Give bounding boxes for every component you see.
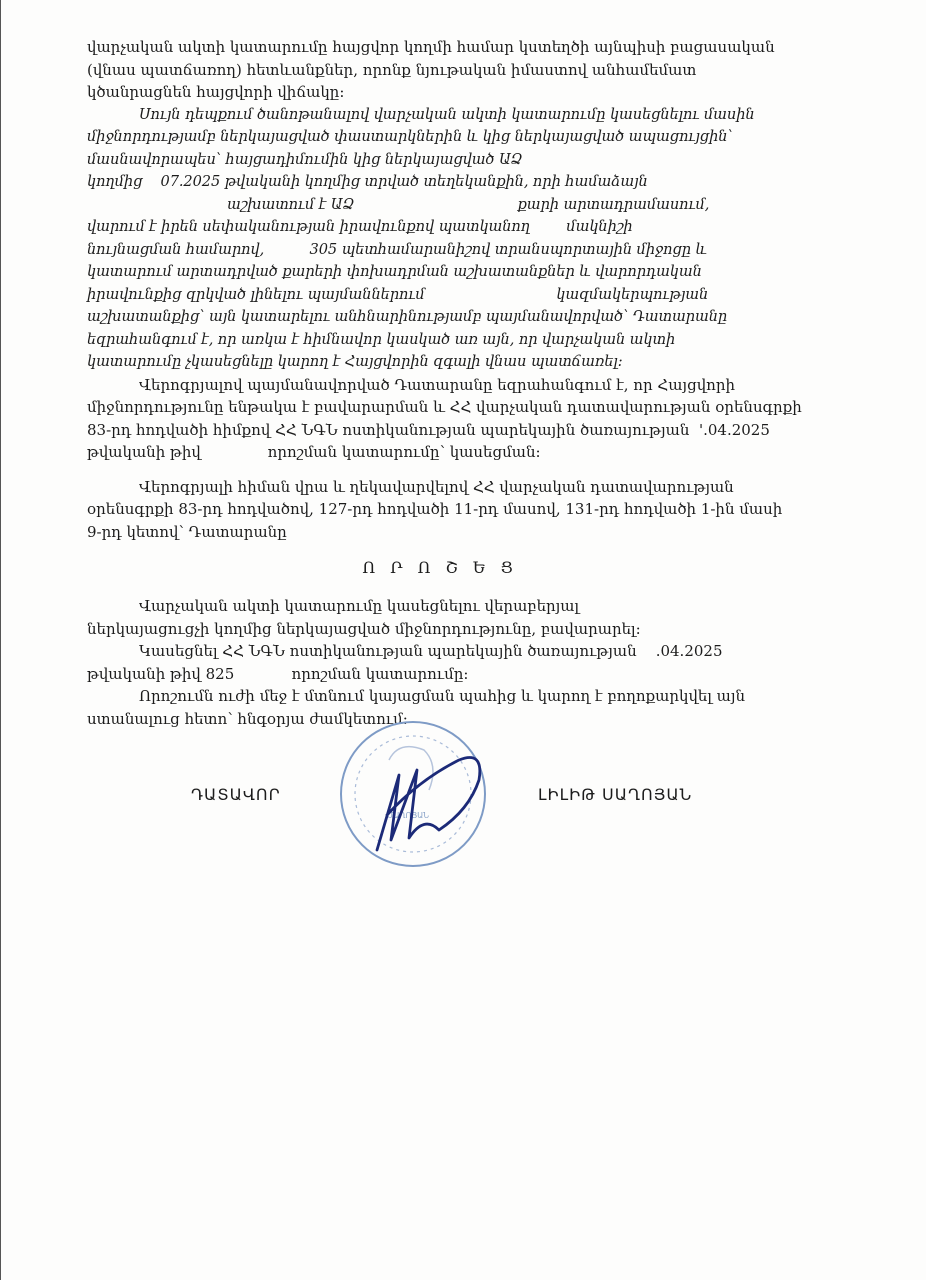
document-page: վարչական ակտի կատարումը հայցվոր կողմի հա… — [87, 36, 793, 730]
text-line: կատարում արտադրված քարերի փոխադրման աշխա… — [87, 261, 793, 284]
paragraph-court-reasoning: Սույն դեպքում ծանոթանալով վարչական ակտի … — [87, 104, 793, 374]
text-line: Վերոգրյալով պայմանավորված Դատարանը եզրահ… — [87, 374, 793, 397]
paragraph-conclusion: Վերոգրյալով պայմանավորված Դատարանը եզրահ… — [87, 374, 793, 464]
text-line: թվականի թիվ որոշման կատարումը՝ կասեցման: — [87, 441, 793, 464]
text-line: 83-րդ հոդվածի հիմքով ՀՀ ՆԳՆ ոստիկանությա… — [87, 419, 793, 442]
text-line: Վերոգրյալի հիման վրա և ղեկավարվելով ՀՀ վ… — [87, 476, 793, 499]
paragraph-consequences: վարչական ակտի կատարումը հայցվոր կողմի հա… — [87, 36, 793, 104]
text-line: աշխատանքից՝ այն կատարելու անհնարինությամ… — [87, 306, 793, 329]
text-line: 9-րդ կետով՝ Դատարանը — [87, 521, 793, 544]
decision-section: Վարչական ակտի կատարումը կասեցնելու վերաբ… — [87, 595, 793, 730]
text-line: աշխատում է ԱՁ քարի արտադրամասում, — [87, 194, 793, 217]
text-line: վարչական ակտի կատարումը հայցվոր կողմի հա… — [87, 36, 793, 59]
text-line: ներկայացուցչի կողմից ներկայացված միջնորդ… — [87, 618, 793, 641]
text-line: վարում է իրեն սեփականության իրավունքով պ… — [87, 216, 793, 239]
text-line: մասնավորապես՝ հայցադիմումին կից ներկայաց… — [87, 149, 793, 172]
spacer — [87, 464, 793, 476]
text-line: Սույն դեպքում ծանոթանալով վարչական ակտի … — [87, 104, 793, 127]
text-line: կատարումը չկասեցնելը կարող է Հայցվորին զ… — [87, 351, 793, 374]
text-line: Կասեցնել ՀՀ ՆԳՆ ոստիկանության պարեկային … — [87, 640, 793, 663]
text-line: կողմից 07.2025 թվականի կողմից տրված տեղե… — [87, 171, 793, 194]
decision-title: Ո Ր Ո Շ Ե Ց — [87, 557, 793, 579]
judge-role-label: ԴԱՏԱՎՈՐ — [191, 785, 281, 804]
text-line: Վարչական ակտի կատարումը կասեցնելու վերաբ… — [87, 595, 793, 618]
text-line: իրավունքից զրկված լինելու պայմաններում կ… — [87, 284, 793, 307]
text-line: միջնորդությամբ ներկայացված փաստարկներին … — [87, 126, 793, 149]
signature-block: ԴԱՏԱՎՈՐ ԼԻԼԻԹ ՍԱՂՈՅԱՆ — [1, 785, 926, 825]
paragraph-legal-basis: Վերոգրյալի հիման վրա և ղեկավարվելով ՀՀ վ… — [87, 476, 793, 544]
text-line: թվականի թիվ 825 որոշման կատարումը: — [87, 663, 793, 686]
text-line: նույնացման համարով, 305 պետհամարանիշով տ… — [87, 239, 793, 262]
text-line: (վնաս պատճառող) հետևանքներ, որոնք նյութա… — [87, 59, 793, 82]
text-line: կծանրացնեն հայցվորի վիճակը: — [87, 81, 793, 104]
text-line: եզրահանգում է, որ առկա է հիմնավոր կասկած… — [87, 329, 793, 352]
text-line: օրենսգրքի 83-րդ հոդվածով, 127-րդ հոդվածի… — [87, 498, 793, 521]
text-line: Որոշումն ուժի մեջ է մտնում կայացման պահի… — [87, 685, 793, 708]
judge-name: ԼԻԼԻԹ ՍԱՂՈՅԱՆ — [538, 785, 692, 804]
text-line: միջնորդությունը ենթակա է բավարարման և ՀՀ… — [87, 396, 793, 419]
